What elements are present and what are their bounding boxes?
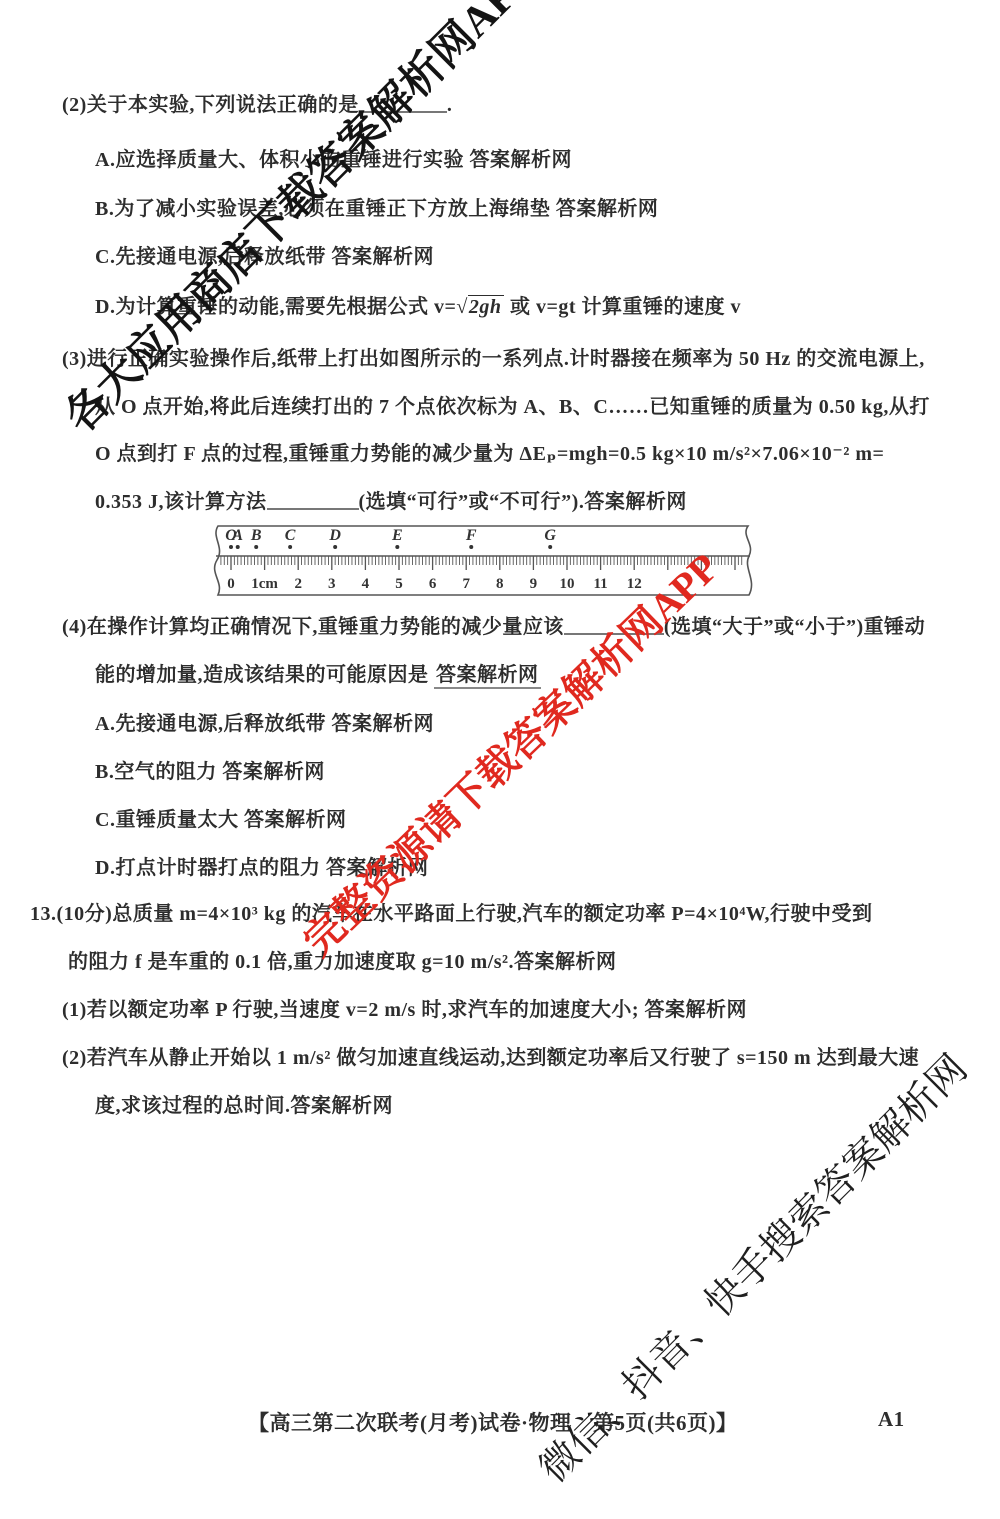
footer-code: A1 [878,1407,905,1432]
svg-text:6: 6 [429,576,437,592]
q4-option-d: D.打点计时器打点的阻力 答案解析网 [95,851,428,880]
q2-stem-text: (2)关于本实验,下列说法正确的是 [62,94,359,116]
q2-option-d-pre: D.为计算重锤的动能,需要先根据公式 v= [95,296,456,318]
q13-sub2-line1: (2)若汽车从静止开始以 1 m/s² 做匀加速直线运动,达到额定功率后又行驶了… [62,1041,919,1070]
svg-text:1cm: 1cm [251,576,278,592]
q4-stem1-pre: (4)在操作计算均正确情况下,重锤重力势能的减少量应该 [62,616,564,638]
svg-text:D: D [328,527,341,544]
q3-line2: 从 O 点开始,将此后连续打出的 7 个点依次标为 A、B、C……已知重锤的质量… [95,390,930,419]
q4-stem2-answer: 答案解析网 [434,664,541,689]
q2-option-d: D.为计算重锤的动能,需要先根据公式 v=√2gh 或 v=gt 计算重锤的速度… [95,290,741,319]
sqrt-formula: √2gh [456,295,504,319]
svg-text:10: 10 [560,576,575,592]
sqrt-radicand: 2gh [468,295,505,319]
svg-text:C: C [285,527,296,544]
svg-text:F: F [465,527,477,544]
q2-stem-period: . [447,94,453,116]
svg-text:E: E [391,527,403,544]
svg-text:7: 7 [462,576,470,592]
q4-option-c: C.重锤质量太大 答案解析网 [95,803,346,832]
q13-sub2-line2: 度,求该过程的总时间.答案解析网 [95,1089,393,1118]
q3-line4-pre: 0.353 J,该计算方法 [95,491,267,513]
svg-text:2: 2 [294,576,302,592]
svg-text:9: 9 [530,576,538,592]
svg-text:B: B [250,527,262,544]
q2-option-c: C.先接通电源,后释放纸带 答案解析网 [95,240,434,269]
q3-line4-post: (选填“可行”或“不可行”).答案解析网 [359,491,687,513]
q13-line2: 的阻力 f 是车重的 0.1 倍,重力加速度取 g=10 m/s².答案解析网 [68,945,617,974]
q4-stem1-post: (选填“大于”或“小于”)重锤动 [664,616,925,638]
q3-line3: O 点到打 F 点的过程,重锤重力势能的减少量为 ΔEₚ=mgh=0.5 kg×… [95,437,884,466]
exam-page: (2)关于本实验,下列说法正确的是. A.应选择质量大、体积小的重锤进行实验 答… [0,0,1000,1519]
q2-option-a: A.应选择质量大、体积小的重锤进行实验 答案解析网 [95,143,572,172]
q2-option-b: B.为了减小实验误差,必须在重锤正下方放上海绵垫 答案解析网 [95,192,658,221]
sqrt-sign: √ [456,296,467,318]
q3-line1: (3)进行正确实验操作后,纸带上打出如图所示的一系列点.计时器接在频率为 50 … [62,342,925,371]
q4-stem2: 能的增加量,造成该结果的可能原因是 答案解析网 [95,658,541,687]
q13-line1: 13.(10分)总质量 m=4×10³ kg 的汽车在水平路面上行驶,汽车的额定… [30,897,873,926]
q4-stem2-pre: 能的增加量,造成该结果的可能原因是 [95,664,434,686]
svg-text:0: 0 [227,576,235,592]
svg-text:11: 11 [594,576,608,592]
q2-stem: (2)关于本实验,下列说法正确的是. [62,88,452,117]
q3-line4: 0.353 J,该计算方法(选填“可行”或“不可行”).答案解析网 [95,485,687,514]
q4-option-a: A.先接通电源,后释放纸带 答案解析网 [95,707,434,736]
svg-text:8: 8 [496,576,504,592]
answer-blank [359,111,447,113]
svg-text:12: 12 [627,576,642,592]
paper-tape-ruler-figure: 01cm23456789101112 OABCDEFG [196,516,778,604]
q4-option-b: B.空气的阻力 答案解析网 [95,755,325,784]
q2-option-d-post: 或 v=gt 计算重锤的速度 v [504,296,741,318]
svg-text:3: 3 [328,576,336,592]
answer-blank [564,633,664,635]
footer-title: 【高三第二次联考(月考)试卷·物理 第5页(共6页)】 [248,1407,737,1437]
svg-text:5: 5 [395,576,403,592]
q13-sub1: (1)若以额定功率 P 行驶,当速度 v=2 m/s 时,求汽车的加速度大小; … [62,993,747,1022]
svg-text:A: A [231,527,243,544]
svg-text:G: G [544,527,556,544]
answer-blank [267,508,359,510]
q4-stem1: (4)在操作计算均正确情况下,重锤重力势能的减少量应该(选填“大于”或“小于”)… [62,610,925,639]
svg-text:4: 4 [362,576,370,592]
